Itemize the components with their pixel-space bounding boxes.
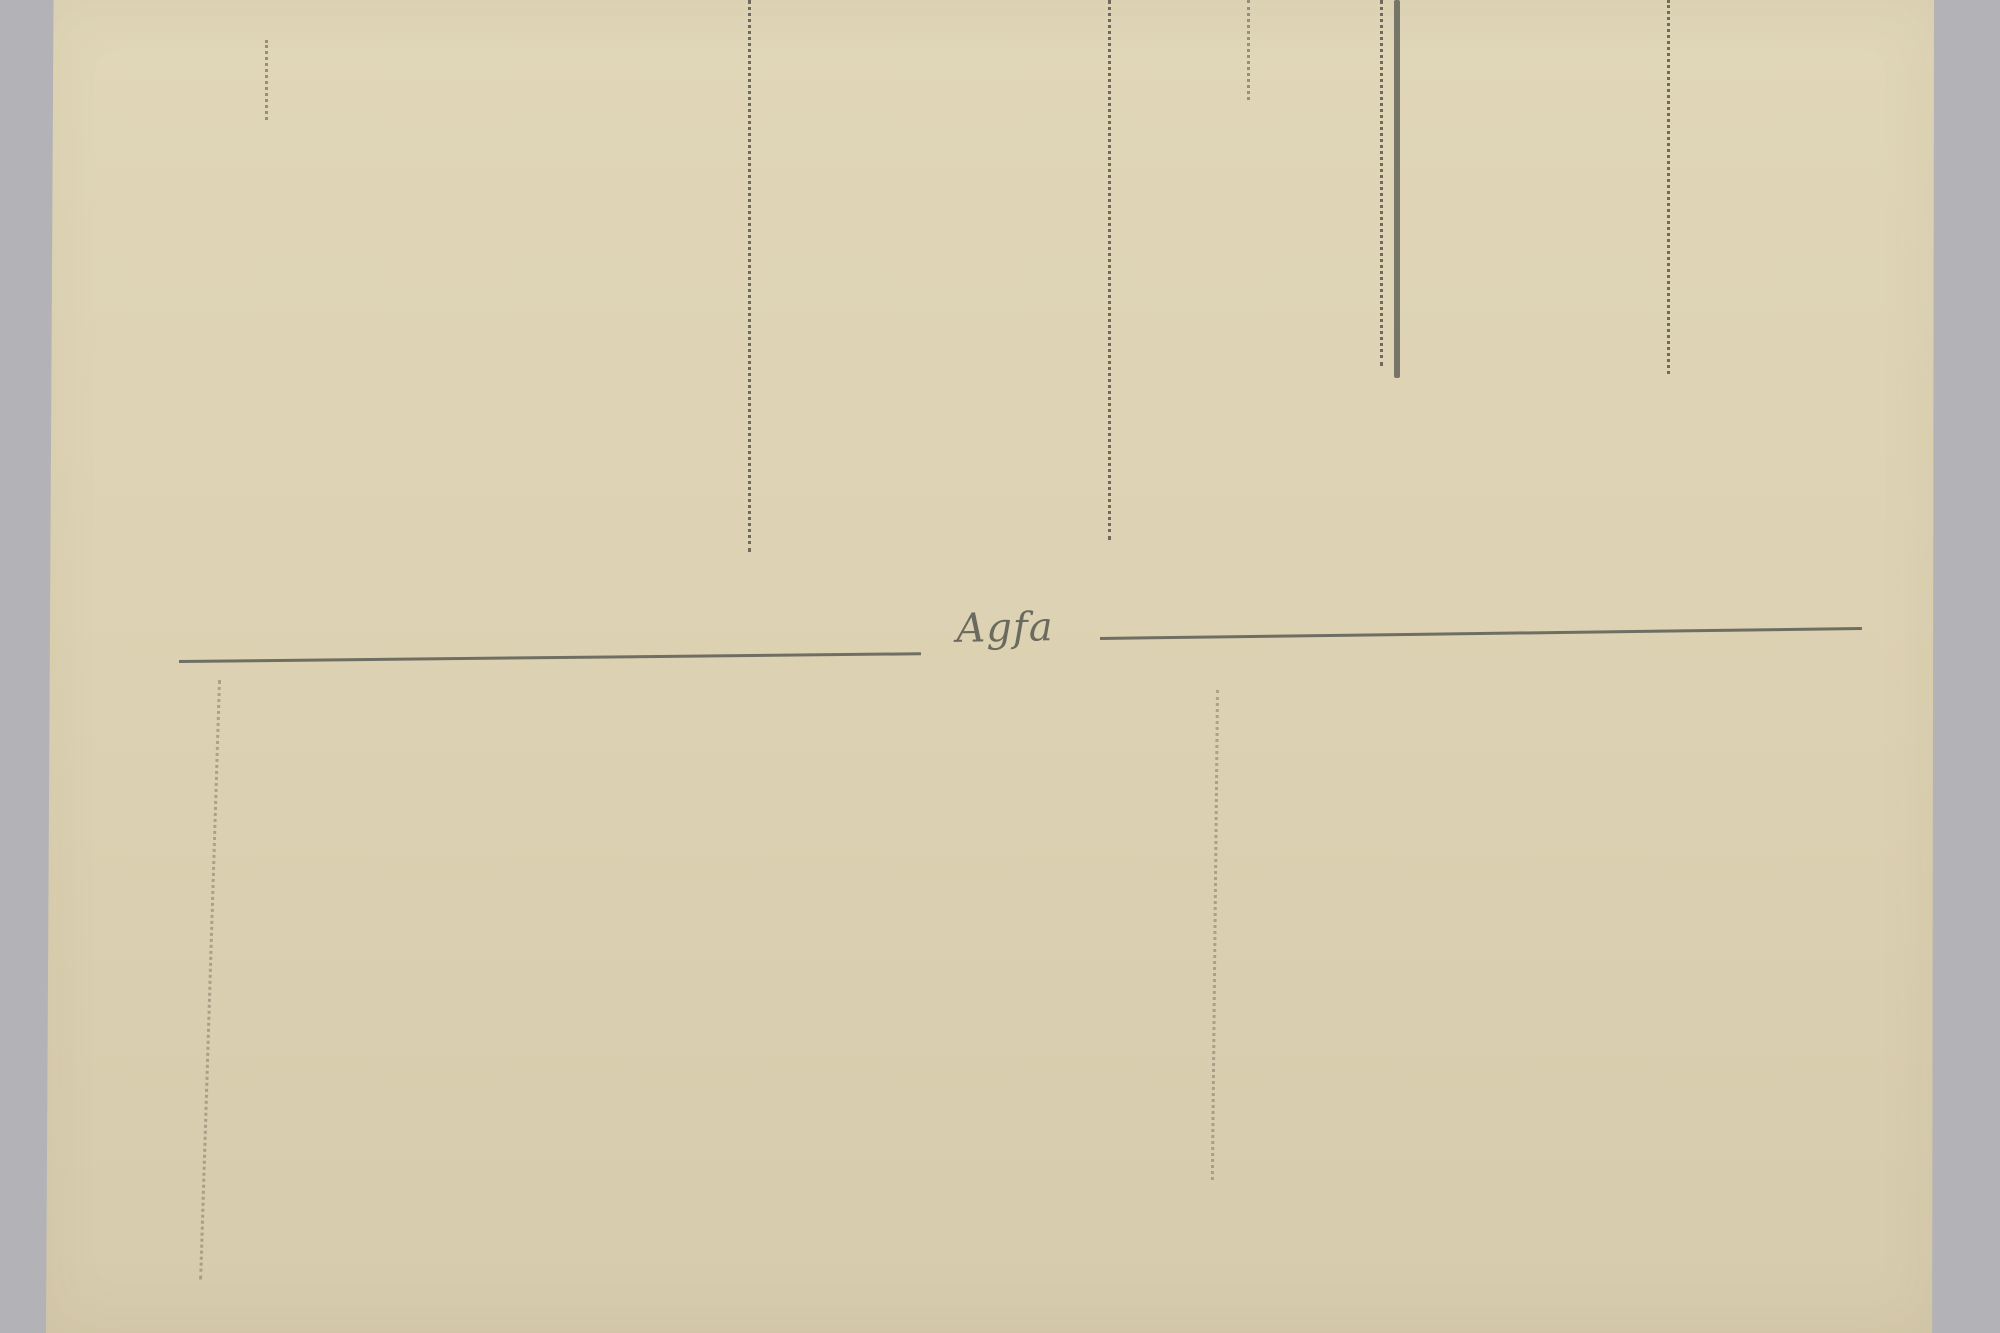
dotted-guide-line-1	[748, 0, 751, 552]
faint-print-mark-left	[265, 40, 272, 120]
dotted-guide-line-4	[1667, 0, 1670, 374]
dotted-guide-line-2	[1108, 0, 1111, 540]
dotted-guide-line-3	[1380, 0, 1383, 366]
faint-print-mark-right	[1247, 0, 1254, 100]
solid-guide-bar	[1394, 0, 1400, 378]
brand-logo: Agfa	[940, 604, 1071, 652]
postcard-back	[46, 0, 1934, 1333]
